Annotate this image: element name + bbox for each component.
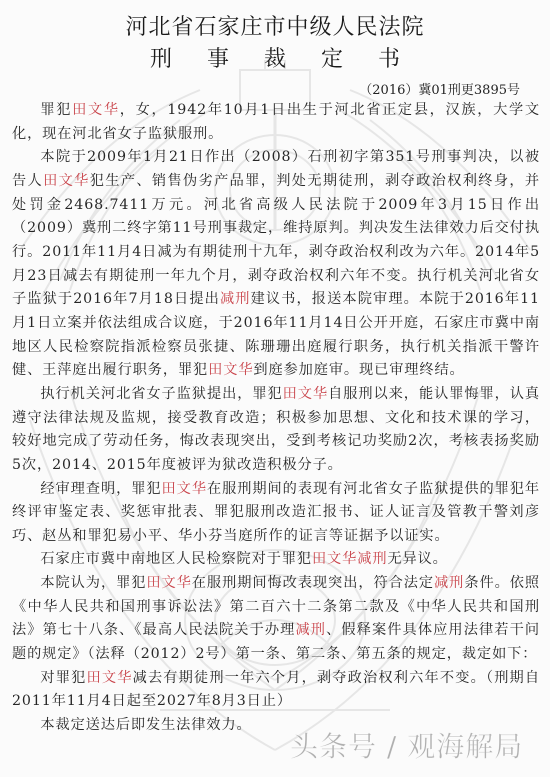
highlighted-term: 减刑	[434, 575, 464, 591]
paragraph-text: 石家庄市冀中南地区人民检察院对于罪犯	[40, 551, 312, 567]
highlighted-term: 田文华	[146, 575, 191, 591]
paragraph: 石家庄市冀中南地区人民检察院对于罪犯田文华减刑无异议。	[12, 548, 540, 572]
paragraph-text: 对罪犯	[40, 670, 86, 686]
court-name: 河北省石家庄市中级人民法院	[0, 10, 550, 41]
paragraph-text: 到庭参加庭审。现已审理终结。	[253, 362, 464, 378]
paragraph-text: 无异议。	[387, 551, 447, 567]
paragraph-text: 经审理查明，罪犯	[40, 481, 161, 497]
case-number: （2016）冀01刑更3895号	[359, 79, 520, 98]
ruling-body: 罪犯田文华，女，1942年10月1日出生于河北省正定县，汉族，大学文化，现在河北…	[12, 99, 540, 738]
paragraph-text: 在服刑期间悔改表现突出，符合法定	[192, 575, 434, 591]
source-watermark: 头条号 / 观海解局	[290, 725, 523, 765]
paragraph-text: 执行机关河北省女子监狱提出，罪犯	[40, 386, 282, 402]
highlighted-term: 田文华	[208, 362, 253, 378]
paragraph-text: 本院认为，罪犯	[40, 575, 146, 591]
paragraph: 本院于2009年1月21日作出（2008）石刑初字第351号刑事判决，以被告人田…	[12, 146, 540, 383]
highlighted-term: 田文华减刑	[312, 551, 387, 567]
paragraph-text: 罪犯	[40, 102, 72, 118]
document-type-title: 刑 事 裁 定 书	[0, 42, 550, 73]
highlighted-term: 减刑	[295, 622, 326, 638]
highlighted-term: 田文华	[72, 102, 120, 118]
paragraph-text: 本裁定送达后即发生法律效力。	[40, 717, 251, 733]
highlighted-term: 田文华	[43, 173, 90, 189]
highlighted-term: 田文华	[86, 670, 132, 686]
highlighted-term: 田文华	[283, 386, 328, 402]
paragraph-text: 犯生产、销售伪劣产品罪，判处无期徒刑，剥夺政治权利终身，并处罚金2468.741…	[12, 173, 540, 307]
paragraph: 罪犯田文华，女，1942年10月1日出生于河北省正定县，汉族，大学文化，现在河北…	[12, 99, 540, 146]
paragraph: 对罪犯田文华减去有期徒刑一年六个月，剥夺政治权利六年不变。（刑期自2011年11…	[12, 667, 540, 714]
paragraph: 经审理查明，罪犯田文华在服刑期间的表现有河北省女子监狱提供的罪犯年终评审鉴定表、…	[12, 478, 540, 549]
paragraph: 本院认为，罪犯田文华在服刑期间悔改表现突出，符合法定减刑条件。依照《中华人民共和…	[12, 572, 540, 667]
highlighted-term: 田文华	[162, 481, 207, 497]
court-ruling-document: 河北省石家庄市中级人民法院 刑 事 裁 定 书 （2016）冀01刑更3895号…	[0, 0, 550, 777]
highlighted-term: 减刑	[220, 291, 251, 307]
paragraph: 执行机关河北省女子监狱提出，罪犯田文华自服刑以来，能认罪悔罪，认真遵守法律法规及…	[12, 383, 540, 478]
